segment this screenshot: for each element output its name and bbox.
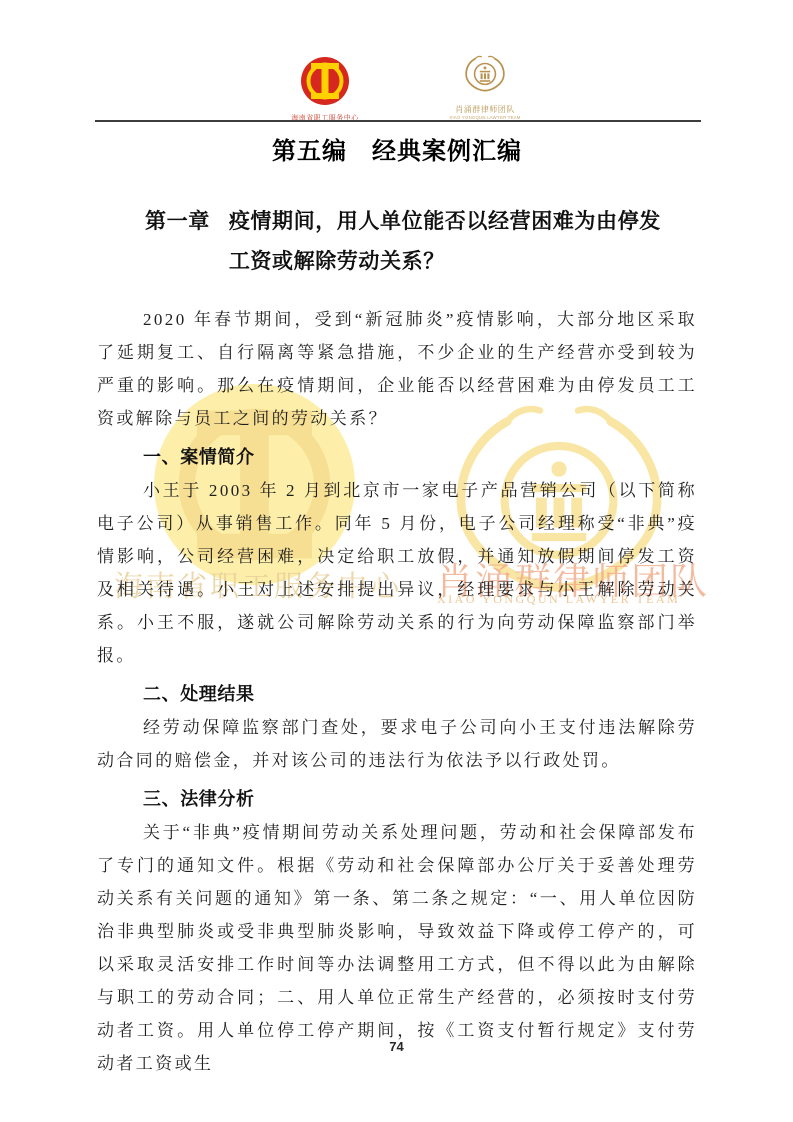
paragraph-result: 经劳动保障监察部门查处，要求电子公司向小王支付违法解除劳动合同的赔偿金，并对该公… <box>97 711 697 777</box>
section-heading-legal-analysis: 三、法律分析 <box>97 783 697 816</box>
header-divider <box>95 120 701 122</box>
part-title: 第五编 经典案例汇编 <box>97 131 697 166</box>
document-body: 2020 年春节期间，受到“新冠肺炎”疫情影响，大部分地区采取了延期复工、自行隔… <box>97 303 697 1080</box>
union-logo: 海南省职工服务中心 <box>282 56 368 123</box>
chapter-label: 第一章 <box>145 202 210 242</box>
paragraph-intro: 2020 年春节期间，受到“新冠肺炎”疫情影响，大部分地区采取了延期复工、自行隔… <box>97 303 697 435</box>
page-number: 74 <box>0 1039 793 1054</box>
lawyer-team-logo-caption: 肖涌群律师团队 <box>439 104 531 115</box>
section-heading-result: 二、处理结果 <box>97 678 697 711</box>
union-logo-icon <box>300 56 350 106</box>
document-page: 海南省职工服务中心 肖涌群律师团队 XIAO YONGQUN LAWYER TE… <box>0 0 793 1122</box>
section-heading-case-summary: 一、案情简介 <box>97 441 697 474</box>
chapter-title: 疫情期间，用人单位能否以经营困难为由停发工资或解除劳动关系？ <box>229 202 666 282</box>
chapter-heading: 第一章 疫情期间，用人单位能否以经营困难为由停发工资或解除劳动关系？ <box>145 202 705 282</box>
lawyer-team-logo: 肖涌群律师团队 XIAO YONGQUN LAWYER TEAM <box>439 52 531 121</box>
paragraph-case-summary: 小王于 2003 年 2 月到北京市一家电子产品营销公司（以下简称电子公司）从事… <box>97 474 697 672</box>
lawyer-team-logo-icon <box>453 52 517 99</box>
